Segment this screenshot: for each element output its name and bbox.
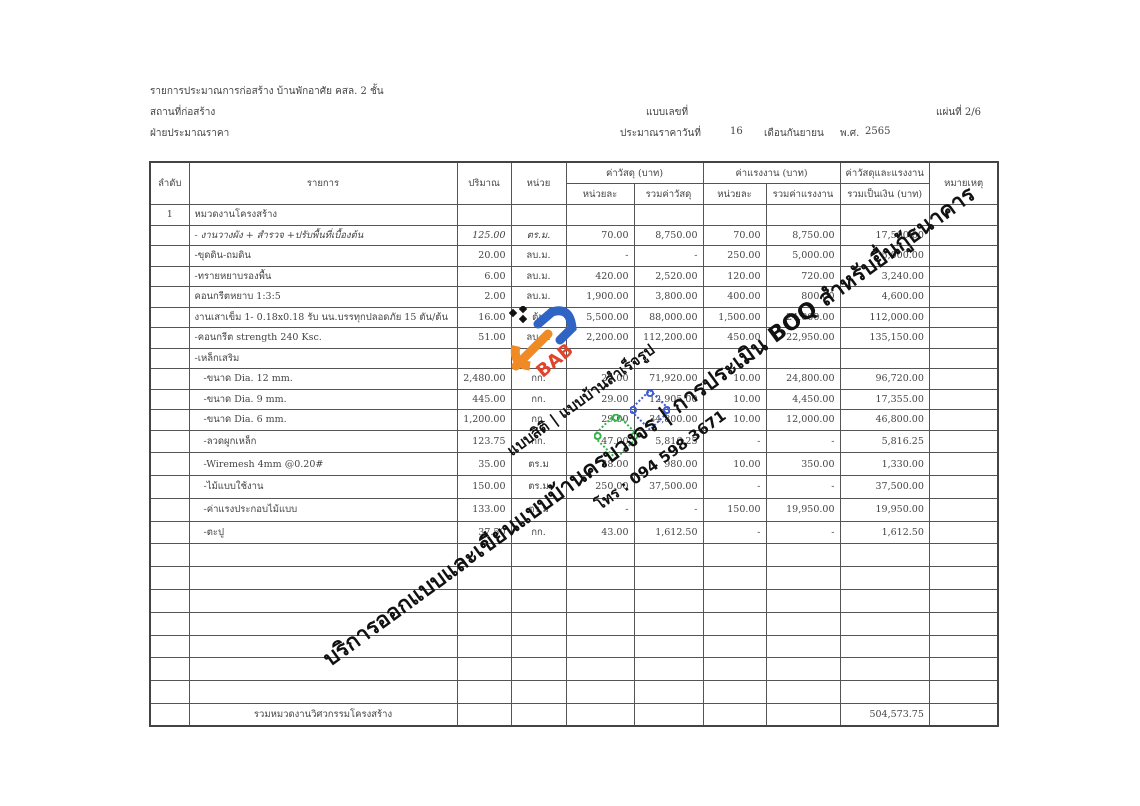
cell-no	[150, 246, 189, 267]
table-row: -Wiremesh 4mm @0.20#35.00ตร.ม28.00980.00…	[150, 453, 998, 476]
cell-mat-total	[634, 205, 703, 226]
cell-total: 112,000.00	[840, 307, 929, 328]
header-labor-group: ค่าแรงงาน (บาท)	[703, 162, 840, 184]
cell-no	[150, 225, 189, 246]
cell-lab-unit: 1,500.00	[703, 307, 766, 328]
cell-unit: ลบ.ม.	[511, 287, 566, 308]
cell-lab-total	[766, 205, 840, 226]
cell-lab-unit: 250.00	[703, 246, 766, 267]
cell-mat-unit: 29.00	[566, 389, 634, 410]
cell-lab-unit: 10.00	[703, 389, 766, 410]
cell-total: 5,000.00	[840, 246, 929, 267]
total-value: 504,573.75	[840, 704, 929, 727]
total-label: รวมหมวดงานวิศวกรรมโครงสร้าง	[189, 704, 457, 727]
table-row: -เหล็กเสริม	[150, 348, 998, 369]
cell-mat-unit	[566, 205, 634, 226]
cell-lab-total: 8,750.00	[766, 225, 840, 246]
cell-unit: กก.	[511, 369, 566, 390]
cell-total: 4,600.00	[840, 287, 929, 308]
table-row: -ทรายหยาบรองพื้น6.00ลบ.ม.420.002,520.001…	[150, 266, 998, 287]
header-material-unit: หน่วยละ	[566, 184, 634, 205]
cell-total: 96,720.00	[840, 369, 929, 390]
cell-lab-total: 5,000.00	[766, 246, 840, 267]
estimate-month: เดือนกันยายน	[764, 126, 824, 141]
cell-total: 135,150.00	[840, 328, 929, 349]
cell-remark	[929, 430, 998, 453]
cell-unit: กก.	[511, 410, 566, 431]
table-row: งานเสาเข็ม 1- 0.18x0.18 รับ นน.บรรทุกปลอ…	[150, 307, 998, 328]
cell-lab-unit: 400.00	[703, 287, 766, 308]
cell-item: -คอนกรีต strength 240 Ksc.	[189, 328, 457, 349]
cell-qty: 16.00	[457, 307, 511, 328]
cell-lab-unit	[703, 348, 766, 369]
cell-total	[840, 348, 929, 369]
cell-lab-total: 12,000.00	[766, 410, 840, 431]
cell-total: 1,612.50	[840, 521, 929, 544]
cell-item: หมวดงานโครงสร้าง	[189, 205, 457, 226]
cell-mat-unit: 70.00	[566, 225, 634, 246]
cell-total: 17,355.00	[840, 389, 929, 410]
empty-row	[150, 681, 998, 704]
cell-lab-unit: 150.00	[703, 498, 766, 521]
cell-unit: กก.	[511, 430, 566, 453]
cell-lab-total: 800.00	[766, 287, 840, 308]
table-row: -คอนกรีต strength 240 Ksc.51.00ลบ.ม.2,20…	[150, 328, 998, 349]
cell-total: 3,240.00	[840, 266, 929, 287]
header-no: ลำดับ	[150, 162, 189, 205]
cell-item: -เหล็กเสริม	[189, 348, 457, 369]
table-row: -ลวดผูกเหล็ก123.75กก.47.005,816.25--5,81…	[150, 430, 998, 453]
cell-item: -ตะปู	[189, 521, 457, 544]
cell-mat-unit: 420.00	[566, 266, 634, 287]
cell-mat-unit: 2,200.00	[566, 328, 634, 349]
cell-item: -ทรายหยาบรองพื้น	[189, 266, 457, 287]
cell-lab-unit: -	[703, 476, 766, 499]
cell-no	[150, 476, 189, 499]
cell-qty: 133.00	[457, 498, 511, 521]
cell-item: -ค่าแรงประกอบไม้แบบ	[189, 498, 457, 521]
cell-item: -ลวดผูกเหล็ก	[189, 430, 457, 453]
table-row: -ขุดดิน-ถมดิน20.00ลบ.ม.--250.005,000.005…	[150, 246, 998, 267]
table-row: -ไม้แบบใช้งาน150.00ตร.ม250.0037,500.00--…	[150, 476, 998, 499]
empty-row	[150, 544, 998, 567]
empty-row	[150, 658, 998, 681]
cell-remark	[929, 266, 998, 287]
cell-unit: ลบ.ม.	[511, 328, 566, 349]
cell-remark	[929, 410, 998, 431]
cell-total	[840, 205, 929, 226]
cell-qty	[457, 348, 511, 369]
cell-no	[150, 498, 189, 521]
cell-mat-total: 3,800.00	[634, 287, 703, 308]
header-item: รายการ	[189, 162, 457, 205]
cell-lab-unit: 450.00	[703, 328, 766, 349]
cell-no	[150, 307, 189, 328]
empty-row	[150, 567, 998, 590]
cell-no	[150, 369, 189, 390]
cell-mat-total: 34,800.00	[634, 410, 703, 431]
cell-mat-unit: -	[566, 498, 634, 521]
cell-mat-unit: 47.00	[566, 430, 634, 453]
cell-qty: 123.75	[457, 430, 511, 453]
cell-remark	[929, 225, 998, 246]
cell-lab-total: 4,450.00	[766, 389, 840, 410]
cell-mat-unit: 43.00	[566, 521, 634, 544]
cell-no	[150, 266, 189, 287]
cell-mat-unit: -	[566, 246, 634, 267]
cell-mat-unit: 28.00	[566, 453, 634, 476]
table-row: - งานวางผัง + สำรวจ +ปรับพื้นที่เบื้องต้…	[150, 225, 998, 246]
header-grand-total: รวมเป็นเงิน (บาท)	[840, 184, 929, 205]
cell-lab-unit: -	[703, 430, 766, 453]
empty-row	[150, 590, 998, 613]
cell-unit: ตร.ม	[511, 498, 566, 521]
estimate-year: 2565	[865, 126, 890, 137]
cell-remark	[929, 453, 998, 476]
cell-item: - งานวางผัง + สำรวจ +ปรับพื้นที่เบื้องต้…	[189, 225, 457, 246]
cell-qty: 35.00	[457, 453, 511, 476]
site-label: สถานที่ก่อสร้าง	[150, 105, 215, 120]
cell-unit: กก.	[511, 521, 566, 544]
cell-mat-total: 112,200.00	[634, 328, 703, 349]
cell-item: คอนกรีตหยาบ 1:3:5	[189, 287, 457, 308]
cell-item: -ขนาด Dia. 12 mm.	[189, 369, 457, 390]
cell-remark	[929, 521, 998, 544]
empty-row	[150, 635, 998, 658]
cell-qty: 150.00	[457, 476, 511, 499]
cell-unit: ตร.ม.	[511, 225, 566, 246]
cell-no	[150, 328, 189, 349]
total-row: รวมหมวดงานวิศวกรรมโครงสร้าง504,573.75	[150, 704, 998, 727]
cell-mat-unit: 29.00	[566, 410, 634, 431]
cell-no: 1	[150, 205, 189, 226]
estimator-label: ฝ่ายประมาณราคา	[150, 126, 229, 141]
cell-lab-unit: 70.00	[703, 225, 766, 246]
cell-unit	[511, 348, 566, 369]
cell-qty: 20.00	[457, 246, 511, 267]
header-remark: หมายเหตุ	[929, 162, 998, 205]
cell-remark	[929, 498, 998, 521]
cell-remark	[929, 369, 998, 390]
cell-item: -ขุดดิน-ถมดิน	[189, 246, 457, 267]
table-row: คอนกรีตหยาบ 1:3:52.00ลบ.ม.1,900.003,800.…	[150, 287, 998, 308]
cell-qty: 2.00	[457, 287, 511, 308]
header-unit: หน่วย	[511, 162, 566, 205]
cell-mat-unit	[566, 348, 634, 369]
cell-mat-total: 1,612.50	[634, 521, 703, 544]
cell-remark	[929, 246, 998, 267]
estimate-day: 16	[730, 126, 743, 137]
cell-mat-unit: 29.00	[566, 369, 634, 390]
document-title: รายการประมาณการก่อสร้าง บ้านพักอาศัย คสล…	[150, 84, 384, 99]
cell-mat-total: 71,920.00	[634, 369, 703, 390]
cell-remark	[929, 287, 998, 308]
header-total-group: ค่าวัสดุและแรงงาน	[840, 162, 929, 184]
cell-total: 1,330.00	[840, 453, 929, 476]
cell-lab-unit: 120.00	[703, 266, 766, 287]
cell-lab-unit	[703, 205, 766, 226]
cell-mat-unit: 5,500.00	[566, 307, 634, 328]
cell-mat-total: 8,750.00	[634, 225, 703, 246]
cell-lab-total: 24,000.00	[766, 307, 840, 328]
table-row: 1หมวดงานโครงสร้าง	[150, 205, 998, 226]
cell-mat-total: 5,816.25	[634, 430, 703, 453]
cell-remark	[929, 307, 998, 328]
cell-lab-total: 720.00	[766, 266, 840, 287]
cell-qty: 6.00	[457, 266, 511, 287]
cell-no	[150, 287, 189, 308]
cell-unit: ลบ.ม.	[511, 246, 566, 267]
cell-no	[150, 453, 189, 476]
cell-mat-total: 2,520.00	[634, 266, 703, 287]
cell-qty	[457, 205, 511, 226]
table-row: -ขนาด Dia. 12 mm.2,480.00กก.29.0071,920.…	[150, 369, 998, 390]
cell-total: 46,800.00	[840, 410, 929, 431]
empty-row	[150, 612, 998, 635]
cell-lab-total: 350.00	[766, 453, 840, 476]
cell-mat-total: 980.00	[634, 453, 703, 476]
cell-lab-total: 19,950.00	[766, 498, 840, 521]
cell-lab-total: 22,950.00	[766, 328, 840, 349]
cell-mat-unit: 250.00	[566, 476, 634, 499]
cell-unit: ตร.ม	[511, 453, 566, 476]
cell-no	[150, 389, 189, 410]
cell-item: -Wiremesh 4mm @0.20#	[189, 453, 457, 476]
cell-mat-unit: 1,900.00	[566, 287, 634, 308]
cell-lab-total: -	[766, 430, 840, 453]
cell-lab-total: 24,800.00	[766, 369, 840, 390]
cell-item: งานเสาเข็ม 1- 0.18x0.18 รับ นน.บรรทุกปลอ…	[189, 307, 457, 328]
cell-mat-total: 88,000.00	[634, 307, 703, 328]
cell-total: 17,500.00	[840, 225, 929, 246]
cell-lab-unit: 10.00	[703, 410, 766, 431]
header-labor-total: รวมค่าแรงงาน	[766, 184, 840, 205]
cell-qty: 37.50	[457, 521, 511, 544]
table-row: -ค่าแรงประกอบไม้แบบ133.00ตร.ม--150.0019,…	[150, 498, 998, 521]
cell-item: -ขนาด Dia. 6 mm.	[189, 410, 457, 431]
header-material-group: ค่าวัสดุ (บาท)	[566, 162, 703, 184]
header-qty: ปริมาณ	[457, 162, 511, 205]
table-row: -ขนาด Dia. 6 mm.1,200.00กก.29.0034,800.0…	[150, 410, 998, 431]
cell-remark	[929, 389, 998, 410]
cell-qty: 2,480.00	[457, 369, 511, 390]
year-label: พ.ศ.	[840, 126, 859, 141]
cell-lab-total: -	[766, 521, 840, 544]
cell-no	[150, 348, 189, 369]
drawing-number-label: แบบเลขที่	[646, 105, 688, 120]
table-row: -ขนาด Dia. 9 mm.445.00กก.29.0012,905.001…	[150, 389, 998, 410]
cell-qty: 51.00	[457, 328, 511, 349]
cell-qty: 1,200.00	[457, 410, 511, 431]
estimate-date-label: ประมาณราคาวันที่	[620, 126, 701, 141]
cell-remark	[929, 328, 998, 349]
cell-unit: ลบ.ม.	[511, 266, 566, 287]
cell-mat-total: -	[634, 246, 703, 267]
cell-remark	[929, 348, 998, 369]
cell-mat-total: 37,500.00	[634, 476, 703, 499]
cell-remark	[929, 205, 998, 226]
cell-lab-unit: -	[703, 521, 766, 544]
cell-total: 19,950.00	[840, 498, 929, 521]
cell-qty: 125.00	[457, 225, 511, 246]
cell-total: 5,816.25	[840, 430, 929, 453]
cell-mat-total: -	[634, 498, 703, 521]
cell-no	[150, 410, 189, 431]
cell-lab-unit: 10.00	[703, 453, 766, 476]
cell-unit	[511, 205, 566, 226]
cell-qty: 445.00	[457, 389, 511, 410]
table-row: -ตะปู37.50กก.43.001,612.50--1,612.50	[150, 521, 998, 544]
cell-mat-total: 12,905.00	[634, 389, 703, 410]
header-material-total: รวมค่าวัสดุ	[634, 184, 703, 205]
cell-mat-total	[634, 348, 703, 369]
header-labor-unit: หน่วยละ	[703, 184, 766, 205]
cell-unit: ต้น	[511, 307, 566, 328]
boq-table: ลำดับ รายการ ปริมาณ หน่วย ค่าวัสดุ (บาท)…	[149, 161, 999, 727]
cell-unit: กก.	[511, 389, 566, 410]
cell-remark	[929, 476, 998, 499]
cell-no	[150, 521, 189, 544]
cell-item: -ขนาด Dia. 9 mm.	[189, 389, 457, 410]
cell-lab-total	[766, 348, 840, 369]
cell-lab-total: -	[766, 476, 840, 499]
cell-item: -ไม้แบบใช้งาน	[189, 476, 457, 499]
cell-unit: ตร.ม	[511, 476, 566, 499]
sheet-number: แผ่นที่ 2/6	[936, 105, 981, 120]
cell-no	[150, 430, 189, 453]
cell-lab-unit: 10.00	[703, 369, 766, 390]
cell-total: 37,500.00	[840, 476, 929, 499]
